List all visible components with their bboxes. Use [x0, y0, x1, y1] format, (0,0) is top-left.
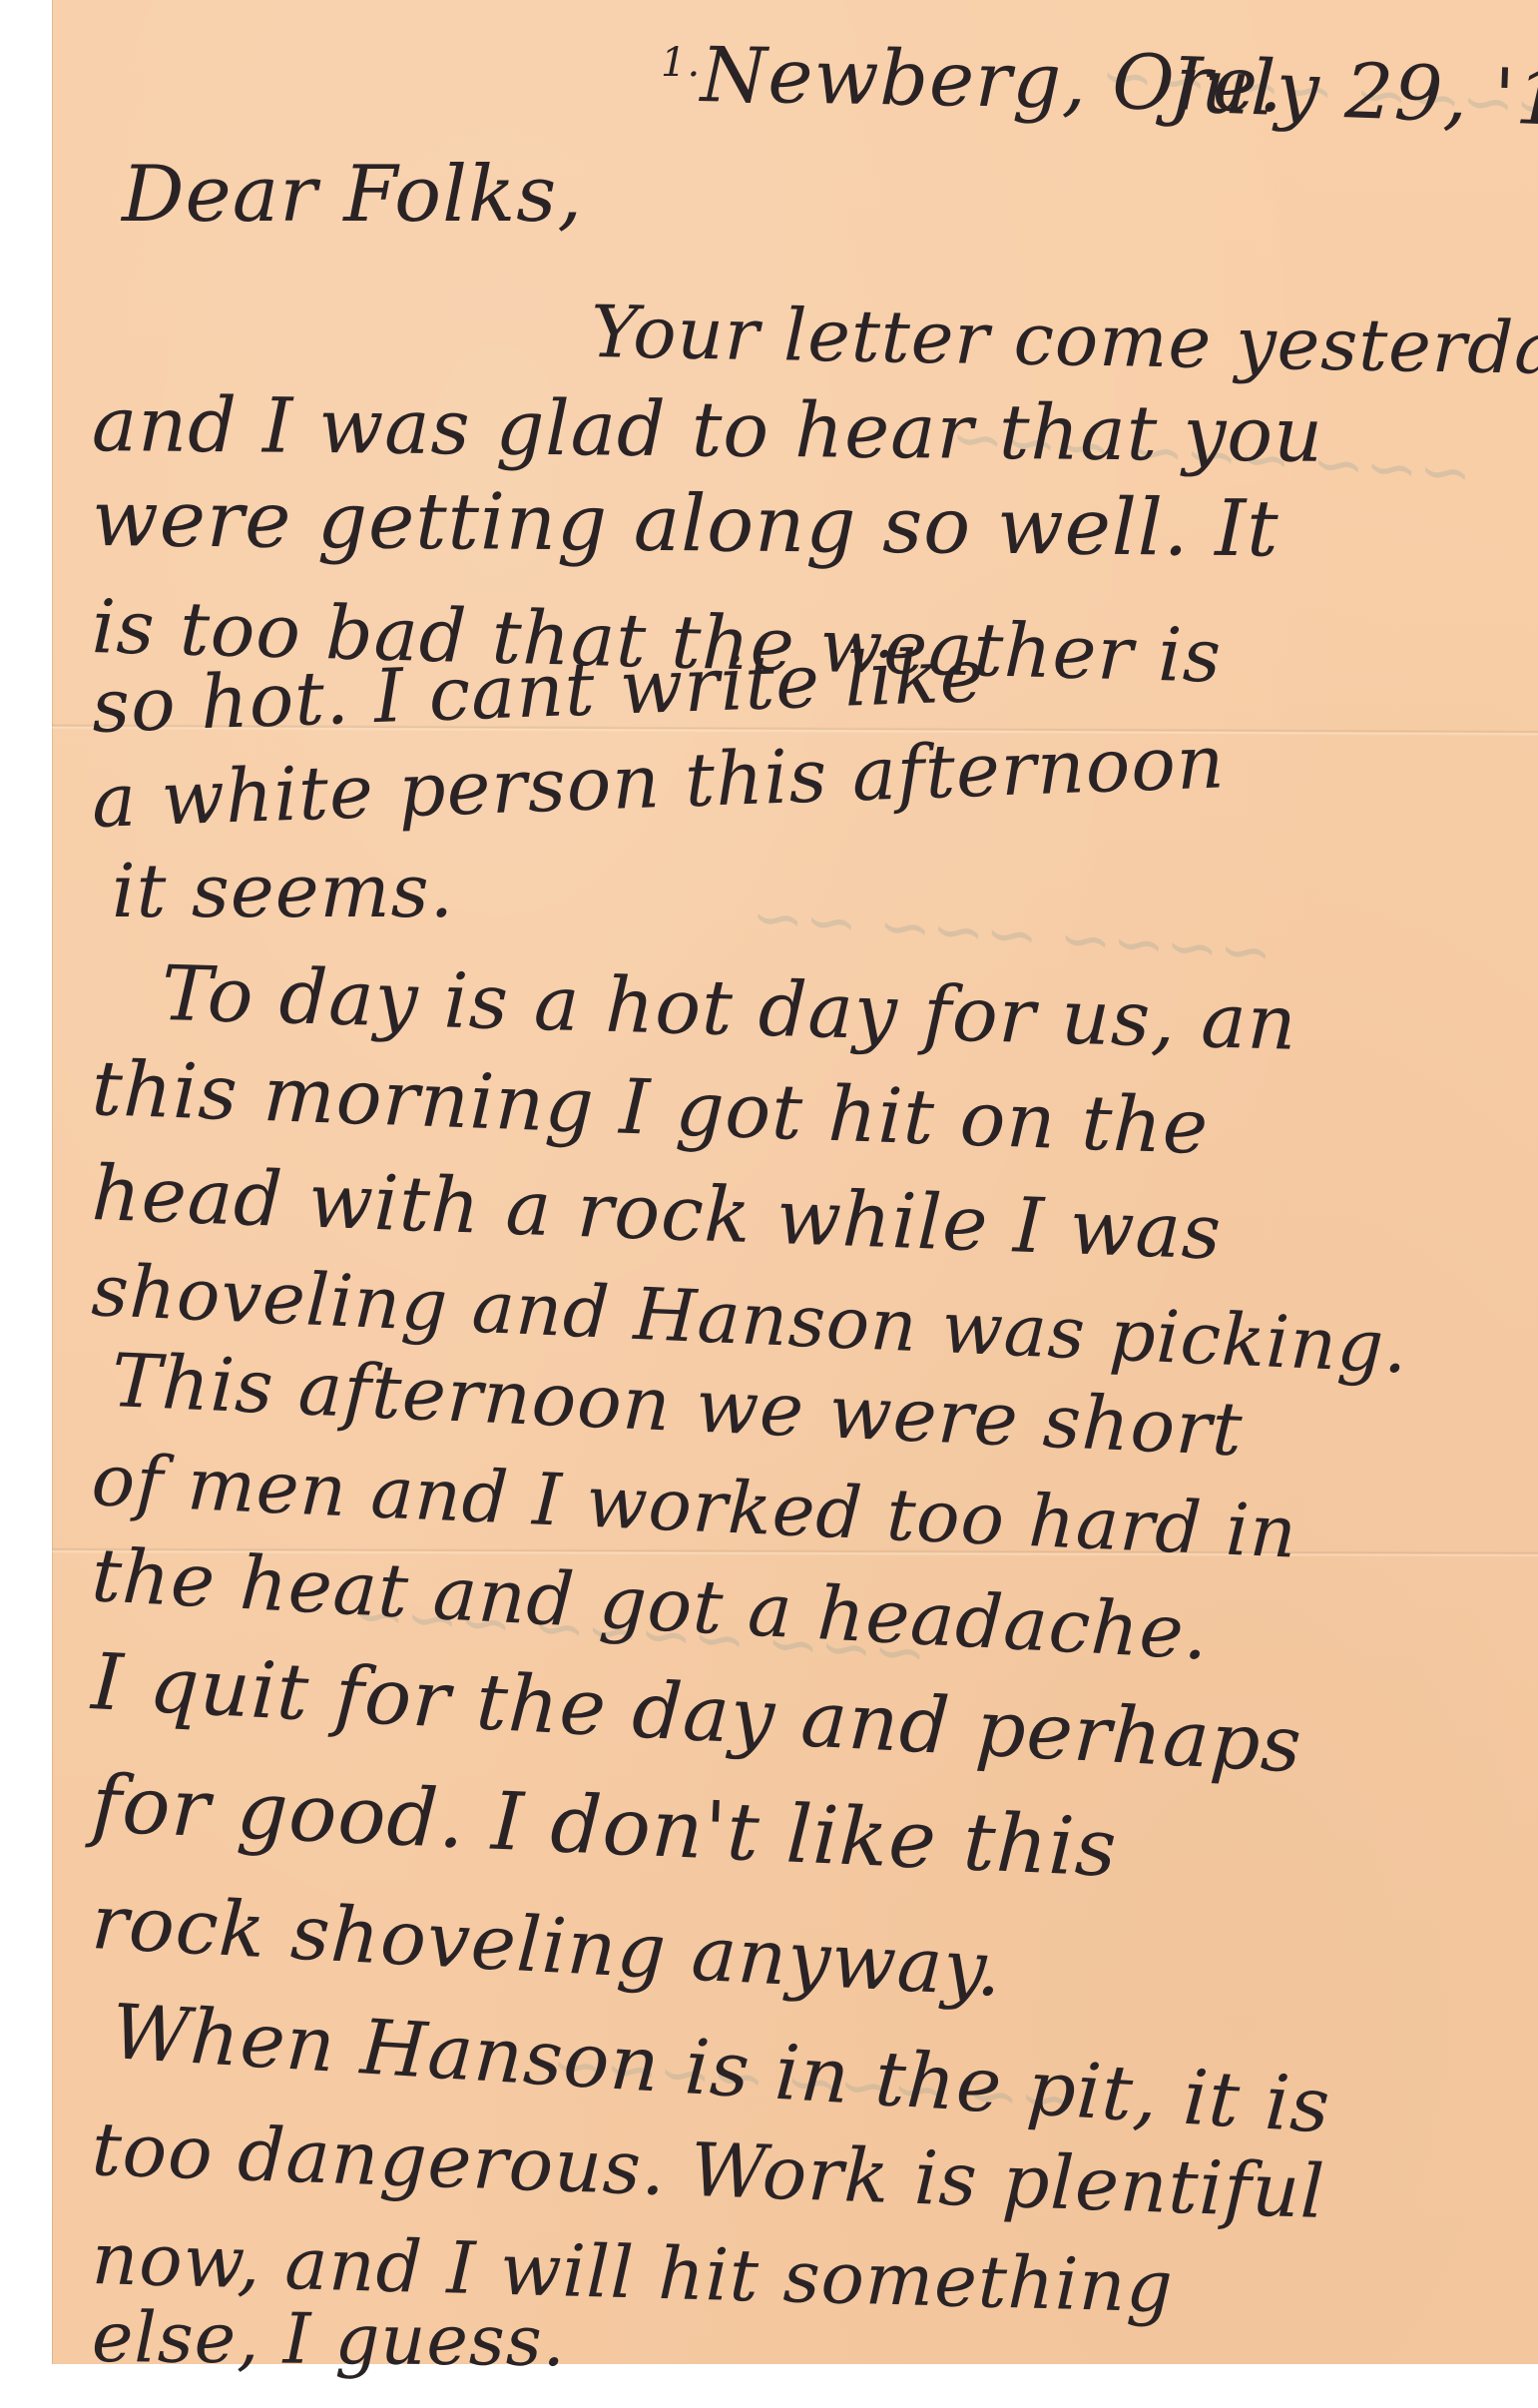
- letter-line: this morning I got hit on the: [90, 1043, 1210, 1171]
- page-number-mark: 1.: [661, 40, 701, 86]
- letter-line: were getting along so well. It: [92, 474, 1280, 574]
- letter-line: and I was glad to hear that you: [92, 379, 1324, 479]
- letter-line: it seems.: [112, 849, 454, 934]
- letter-line: for good. I don't like this: [90, 1757, 1119, 1895]
- letter-line: else, I guess.: [92, 2296, 567, 2382]
- salutation: Dear Folks,: [122, 150, 583, 240]
- letter-line: Your letter come yesterday: [590, 290, 1538, 391]
- letter-page: ~~ ~~~~ ~~ ~~ ~~~ ~~~ ~~~ ~~~~ ~~~ ~~ ~~…: [52, 0, 1538, 2364]
- letter-line: To day is a hot day for us, an: [161, 948, 1298, 1067]
- letter-date: July 29, '16.: [1168, 40, 1538, 145]
